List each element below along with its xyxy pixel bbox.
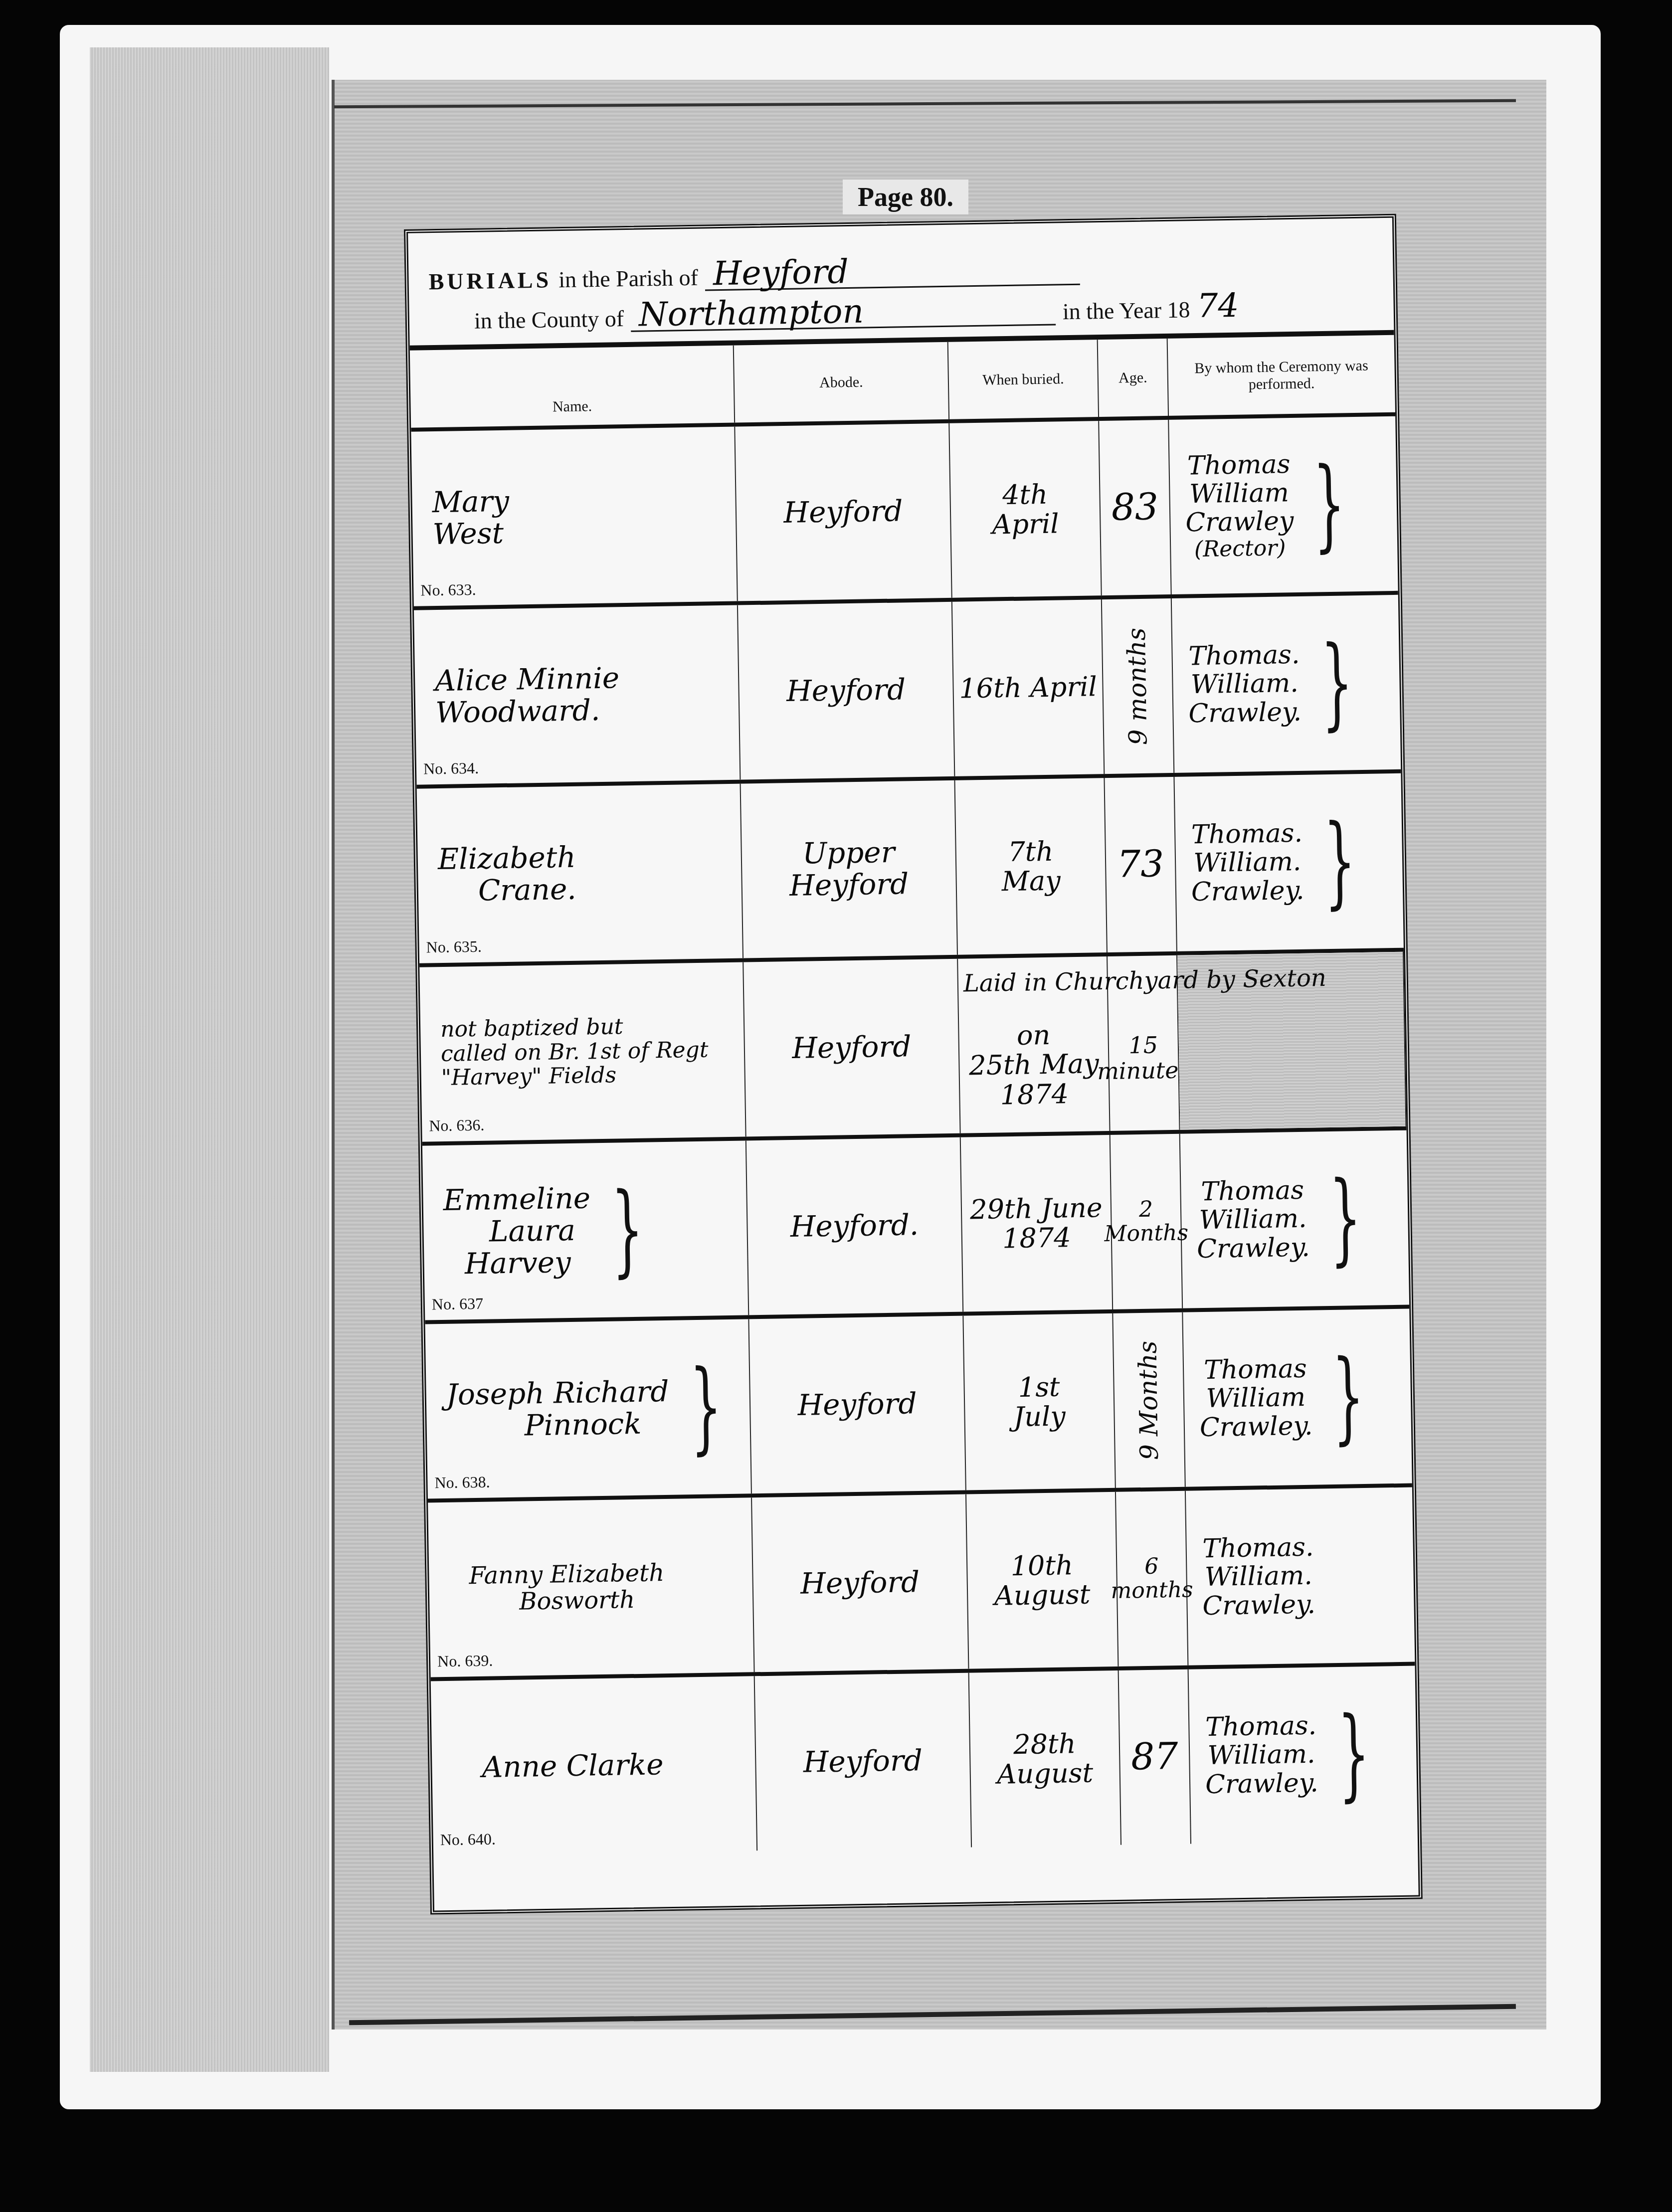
when-line: 16th April	[959, 672, 1097, 704]
officiant-lines: Thomas William Crawley (Rector)	[1184, 450, 1294, 561]
entry-abode: Heyford	[752, 1494, 969, 1672]
entry-officiant: Thomas. William. Crawley.	[1186, 1487, 1415, 1665]
entry-name: Alice Minnie Woodward. No. 634.	[414, 605, 741, 785]
when-line: 29th June	[970, 1193, 1103, 1225]
burial-register-form: BURIALS in the Parish of Heyford in the …	[404, 214, 1423, 1915]
officiant-line: William.	[1196, 1205, 1309, 1235]
officiant-line: Crawley.	[1191, 876, 1304, 907]
brace-icon: }	[1312, 454, 1346, 554]
entry-age: 2 Months	[1111, 1134, 1183, 1309]
brace-icon: }	[1331, 1347, 1365, 1447]
entry-age: 9 Months	[1113, 1312, 1185, 1488]
entry-abode: Heyford	[749, 1316, 966, 1494]
officiant-group: Thomas. William. Crawley. }	[1190, 811, 1372, 914]
abode-line: Heyford	[789, 868, 909, 902]
header-parish-label: in the Parish of	[558, 264, 699, 293]
entry-name: Joseph Richard Pinnock } No. 638.	[425, 1319, 751, 1498]
officiant-title: (Rector)	[1186, 536, 1295, 562]
abode-line: Heyford	[800, 1566, 920, 1600]
officiant-line: William.	[1188, 669, 1301, 700]
officiant-group: Thomas. William. Crawley. }	[1204, 1703, 1386, 1806]
officiant-line: William.	[1191, 848, 1304, 878]
entry-when-buried: 29th June 1874	[961, 1135, 1113, 1312]
officiant-line: Crawley.	[1197, 1233, 1310, 1264]
binding-strip	[90, 47, 329, 2072]
name-line: Anne Clarke	[452, 1749, 664, 1784]
entry-when-buried: 1st July	[963, 1313, 1115, 1490]
name-line: not baptized but	[440, 1015, 623, 1042]
burial-entry: not baptized but called on Br. 1st of Re…	[419, 952, 1406, 1146]
officiant-line: Crawley.	[1188, 698, 1301, 728]
age-text: 9 months	[1123, 627, 1152, 745]
parish-name: Heyford	[705, 253, 1080, 291]
officiant-line: Thomas	[1196, 1176, 1309, 1207]
entry-officiant: Thomas William Crawley. }	[1183, 1309, 1412, 1487]
when-line: 1874	[1002, 1223, 1071, 1254]
entry-number: No. 635.	[426, 938, 482, 956]
brace-icon: }	[1320, 633, 1353, 733]
entry-when-buried: 16th April	[952, 599, 1105, 776]
abode-line: Heyford.	[790, 1209, 919, 1243]
burial-note: Laid in Churchyard by Sexton	[963, 964, 1326, 997]
officiant-group: Thomas William Crawley (Rector) }	[1184, 449, 1362, 561]
county-name: Northampton	[631, 293, 1056, 332]
entry-name: Emmeline Laura Harvey } No. 637	[422, 1140, 749, 1320]
entry-number: No. 637	[432, 1295, 484, 1313]
name-line: "Harvey" Fields	[441, 1064, 616, 1091]
column-header-name: Name.	[410, 346, 735, 428]
officiant-group: Thomas William. Crawley. }	[1196, 1168, 1378, 1271]
abode-line: Heyford	[783, 495, 903, 529]
entry-officiant: Thomas. William. Crawley. }	[1189, 1666, 1418, 1844]
brace-icon: }	[689, 1357, 723, 1457]
entry-abode: Heyford	[755, 1673, 972, 1851]
name-line: Elizabeth	[437, 842, 576, 876]
burial-entry: Mary West No. 633. Heyford 4th April 83 …	[411, 416, 1398, 610]
when-line: 10th	[1010, 1550, 1073, 1581]
name-line: Pinnock	[446, 1408, 670, 1443]
entry-number: No. 634.	[423, 759, 479, 778]
entry-abode: Heyford	[735, 423, 952, 601]
name-group: Joseph Richard Pinnock }	[446, 1357, 739, 1461]
officiant-lines: Thomas. William. Crawley.	[1204, 1712, 1318, 1799]
when-line: August	[994, 1580, 1090, 1611]
officiant-lines: Thomas William. Crawley.	[1196, 1176, 1310, 1264]
officiant-line: William	[1185, 479, 1294, 509]
officiant-line: William.	[1202, 1562, 1315, 1592]
age-text: 9 Months	[1134, 1340, 1164, 1460]
name-line: Laura	[443, 1214, 591, 1248]
officiant-line: William	[1199, 1383, 1312, 1414]
name-line: Mary	[432, 486, 509, 519]
when-line: 7th	[1008, 836, 1054, 867]
officiant-lines: Thomas William Crawley.	[1199, 1355, 1313, 1442]
entry-officiant: Thomas William Crawley (Rector) }	[1169, 416, 1398, 594]
page-number: Page 80.	[843, 180, 968, 214]
officiant-line: Thomas.	[1187, 641, 1300, 671]
entry-when-buried: 7th May	[955, 778, 1107, 955]
officiant-line: William.	[1205, 1740, 1318, 1771]
brace-icon: }	[1328, 1168, 1362, 1269]
burial-entry: Emmeline Laura Harvey } No. 637 Heyford.…	[422, 1130, 1409, 1324]
abode-line: Heyford	[797, 1388, 917, 1422]
name-line: Fanny Elizabeth	[449, 1560, 665, 1590]
officiant-line: Crawley.	[1199, 1412, 1312, 1442]
entry-officiant: Thomas William. Crawley. }	[1180, 1130, 1409, 1308]
column-header-age: Age.	[1098, 339, 1169, 417]
when-line: August	[997, 1758, 1093, 1789]
entry-when-buried: 10th August	[966, 1492, 1118, 1669]
officiant-line: Thomas	[1199, 1355, 1312, 1385]
abode-line: Heyford	[803, 1745, 923, 1779]
burial-entry: Alice Minnie Woodward. No. 634. Heyford …	[414, 595, 1401, 789]
when-line: 4th	[1002, 479, 1048, 510]
burial-entry: Joseph Richard Pinnock } No. 638. Heyfor…	[425, 1309, 1412, 1503]
burial-entry: Anne Clarke No. 640. Heyford 28th August…	[431, 1666, 1418, 1856]
officiant-line: Thomas.	[1204, 1712, 1317, 1742]
entry-number: No. 636.	[429, 1116, 485, 1135]
name-line: Alice Minnie	[435, 663, 620, 698]
name-lines: Joseph Richard Pinnock	[446, 1376, 670, 1443]
when-line: April	[992, 509, 1059, 539]
when-line: July	[1013, 1401, 1066, 1432]
column-header-when-buried: When buried.	[948, 340, 1099, 419]
header-year-label: in the Year 18	[1063, 296, 1190, 325]
name-line: West	[432, 518, 504, 551]
abode-line: Heyford	[786, 674, 906, 708]
entry-name: Anne Clarke No. 640.	[431, 1676, 757, 1855]
year-suffix: 74	[1197, 286, 1239, 325]
burial-entry: Fanny Elizabeth Bosworth No. 639. Heyfor…	[428, 1487, 1415, 1681]
entry-number: No. 633.	[420, 581, 476, 599]
entry-age: 83	[1099, 420, 1171, 595]
entry-age: 73	[1105, 777, 1177, 952]
entry-name: Fanny Elizabeth Bosworth No. 639.	[428, 1497, 754, 1677]
column-header-officiant: By whom the Ceremony was performed.	[1168, 335, 1395, 416]
officiant-line: Thomas	[1184, 450, 1293, 481]
entry-when-buried: 28th August	[969, 1670, 1121, 1847]
officiant-group: Thomas William Crawley. }	[1198, 1347, 1380, 1450]
entry-name: Elizabeth Crane. No. 635.	[417, 784, 743, 963]
entry-abode: Heyford	[738, 602, 955, 780]
entry-officiant: Thomas. William. Crawley. }	[1174, 773, 1403, 951]
when-line: 1874	[1000, 1079, 1069, 1110]
when-line: on	[1016, 1020, 1050, 1050]
officiant-line: Crawley	[1185, 507, 1294, 538]
officiant-group: Thomas. William. Crawley. }	[1187, 633, 1369, 736]
name-line: Harvey	[444, 1246, 591, 1280]
officiant-lines: Thomas. William. Crawley.	[1187, 641, 1301, 728]
officiant-line: Thomas.	[1201, 1533, 1314, 1564]
header-county-label: in the County of	[474, 305, 624, 334]
column-header-abode: Abode.	[734, 342, 949, 423]
entry-number: No. 640.	[440, 1830, 496, 1848]
form-header: BURIALS in the Parish of Heyford in the …	[408, 218, 1394, 351]
brace-icon: }	[1323, 811, 1356, 912]
entry-when-buried: 4th April	[949, 421, 1102, 598]
name-group: Emmeline Laura Harvey }	[443, 1179, 660, 1283]
officiant-line: Crawley.	[1202, 1590, 1315, 1621]
entry-number: No. 639.	[437, 1652, 493, 1670]
brace-icon: }	[1337, 1704, 1370, 1804]
entry-age: 87	[1119, 1669, 1191, 1845]
entry-abode: Heyford.	[746, 1137, 963, 1315]
when-line: 28th	[1013, 1729, 1076, 1759]
name-line: Woodward.	[435, 695, 600, 729]
entry-age: 6 months	[1116, 1491, 1188, 1666]
entry-number: No. 638.	[434, 1473, 490, 1491]
when-line: 1st	[1018, 1372, 1060, 1402]
officiant-line: Crawley.	[1205, 1769, 1318, 1799]
name-line: Bosworth	[449, 1587, 635, 1616]
burial-entry: Elizabeth Crane. No. 635. Upper Heyford …	[417, 773, 1404, 967]
abode-line: Upper	[802, 837, 895, 870]
when-line: 25th May	[969, 1049, 1099, 1081]
column-headers: Name. Abode. When buried. Age. By whom t…	[410, 335, 1395, 432]
officiant-lines: Thomas. William. Crawley.	[1190, 819, 1304, 907]
entry-age: 9 months	[1102, 598, 1174, 774]
entry-name: not baptized but called on Br. 1st of Re…	[419, 962, 746, 1141]
header-title: BURIALS	[428, 266, 552, 295]
officiant-lines: Thomas. William. Crawley.	[1201, 1533, 1315, 1621]
abode-line: Heyford	[792, 1031, 912, 1065]
name-line: called on Br. 1st of Regt	[441, 1038, 709, 1066]
name-line: Joseph Richard	[446, 1376, 669, 1411]
brace-icon: }	[611, 1180, 644, 1280]
name-line: Crane.	[438, 874, 576, 908]
entry-abode: Heyford	[743, 959, 960, 1137]
when-line: May	[1001, 866, 1061, 896]
entry-name: Mary West No. 633.	[411, 427, 738, 606]
officiant-line: Thomas.	[1190, 819, 1303, 850]
name-lines: Emmeline Laura Harvey	[443, 1183, 591, 1281]
entry-abode: Upper Heyford	[741, 780, 958, 958]
entry-officiant: Thomas. William. Crawley. }	[1172, 595, 1401, 773]
name-line: Emmeline	[443, 1183, 590, 1217]
